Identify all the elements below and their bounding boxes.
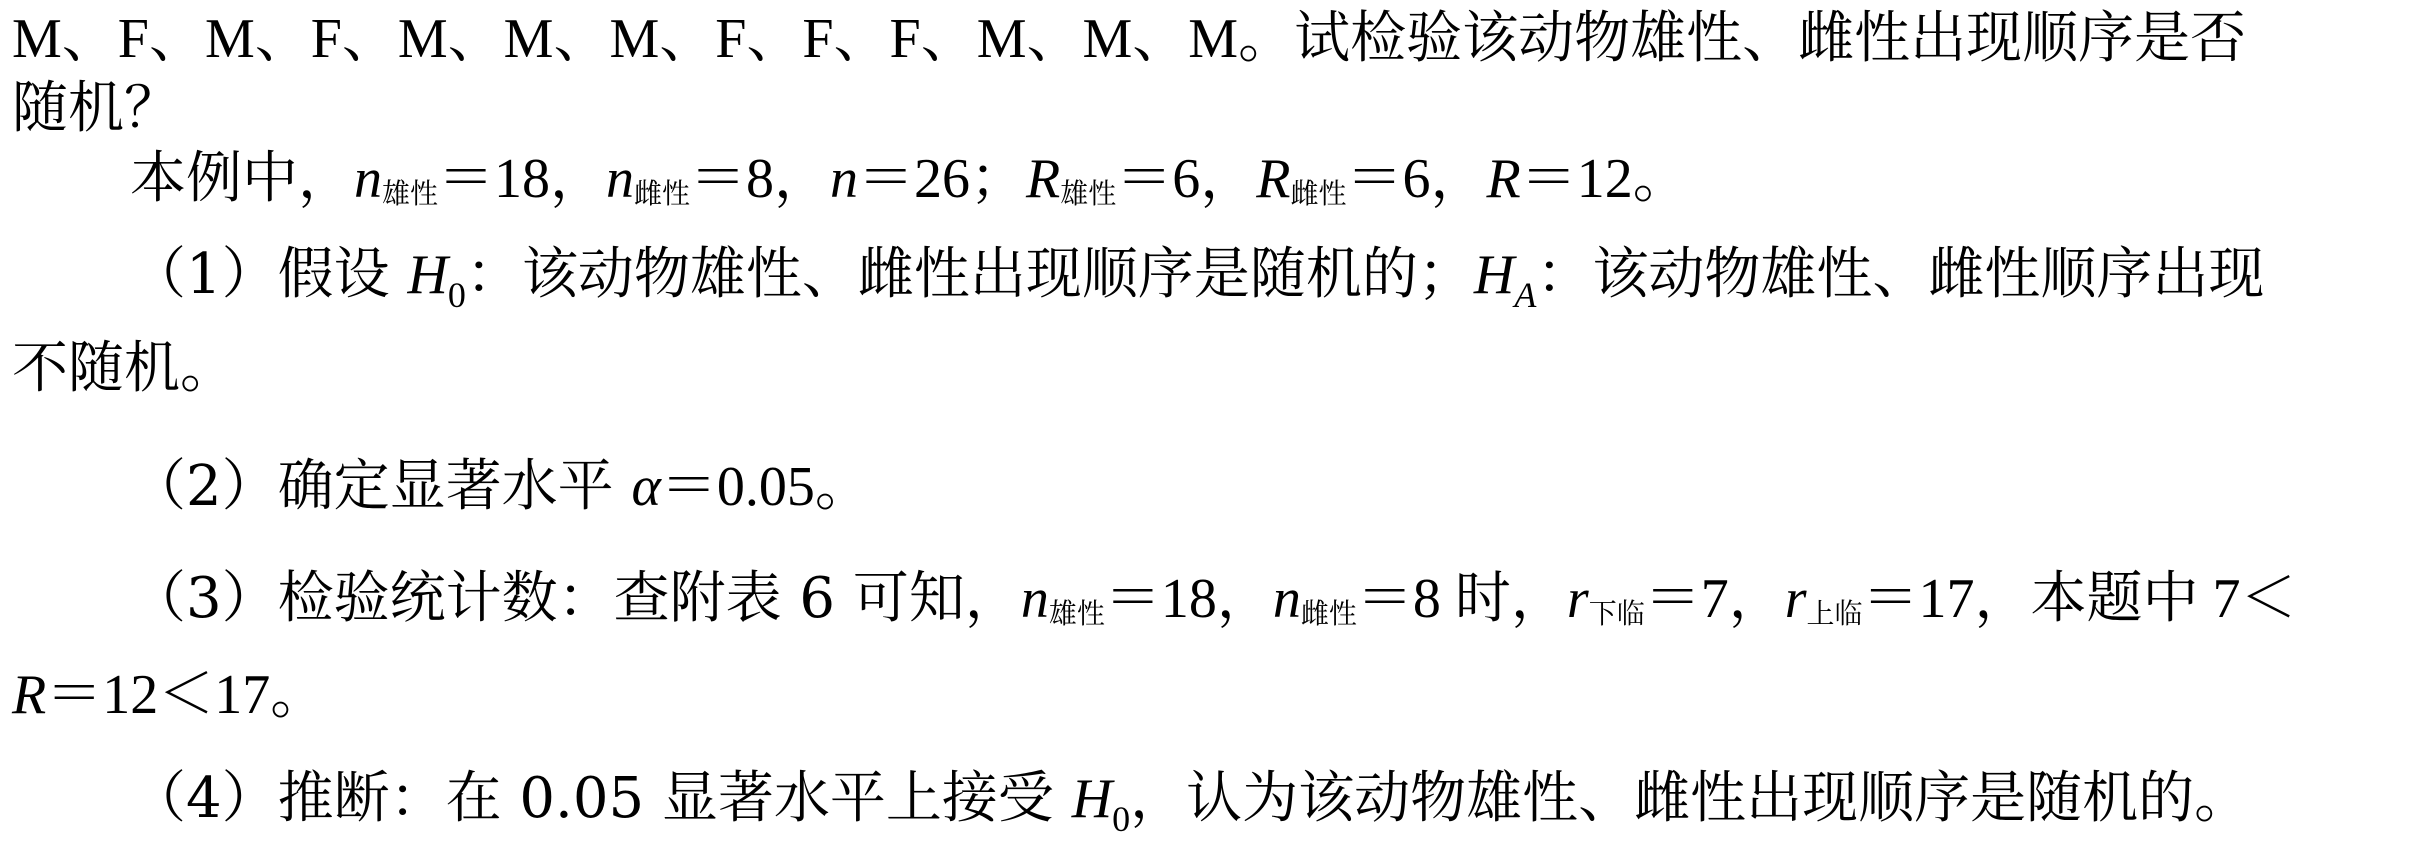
- r-upper-critical-symbol: r: [1785, 568, 1807, 630]
- step3-cont: R＝12＜17。: [12, 660, 326, 730]
- n-female-value: ＝8，: [690, 148, 830, 210]
- ha-symbol: H: [1474, 244, 1514, 306]
- r-lower-critical-symbol: r: [1567, 568, 1589, 630]
- given-values-line: 本例中，n雄性＝18，n雌性＝8，n＝26；R雄性＝6，R雌性＝6，R＝12。: [130, 144, 1689, 229]
- step1-hypothesis: （1）假设 H0：该动物雄性、雌性出现顺序是随机的；HA：该动物雄性、雌性顺序出…: [130, 240, 2264, 330]
- ha-statement: ：该动物雄性、雌性顺序出现: [1536, 242, 2264, 307]
- alpha-symbol: α: [631, 456, 660, 518]
- r-female-symbol: R: [1256, 148, 1290, 210]
- step4-inference: （4）推断：在 0.05 显著水平上接受 H0，认为该动物雄性、雌性出现顺序是随…: [130, 764, 2250, 852]
- problem-question-cont: 随机？: [12, 74, 180, 144]
- n-male-symbol: n: [354, 148, 382, 210]
- conclusion-text: ，认为该动物雄性、雌性出现顺序是随机的。: [1130, 766, 2250, 831]
- r-male-symbol: R: [1026, 148, 1060, 210]
- h0-symbol: H: [1072, 768, 1112, 830]
- n-female-symbol: n: [606, 148, 634, 210]
- h0-symbol: H: [407, 244, 447, 306]
- alpha-value: ＝0.05。: [661, 456, 871, 518]
- step2-significance: （2）确定显著水平 α＝0.05。: [130, 452, 871, 522]
- h0-statement: ：该动物雄性、雌性出现顺序是随机的；: [466, 242, 1474, 307]
- r-female-value: ＝6，: [1347, 148, 1487, 210]
- r-total-symbol: R: [1487, 148, 1521, 210]
- n-male-value: ＝18，: [438, 148, 606, 210]
- problem-sequence-text: M、F、M、F、M、M、M、F、F、F、M、M、M。试检验该动物雄性、雌性出现顺…: [12, 8, 2246, 70]
- n-total-symbol: n: [830, 148, 858, 210]
- document-page: M、F、M、F、M、M、M、F、F、F、M、M、M。试检验该动物雄性、雌性出现顺…: [0, 0, 2436, 852]
- problem-sequence-line: M、F、M、F、M、M、M、F、F、F、M、M、M。试检验该动物雄性、雌性出现顺…: [12, 4, 2246, 74]
- step3-statistic: （3）检验统计数：查附表 6 可知，n雄性＝18，n雌性＝8 时，r下临＝7，r…: [130, 564, 2297, 649]
- r-lower-critical-value: ＝7，: [1645, 568, 1785, 630]
- n-total-value: ＝26；: [858, 148, 1026, 210]
- r-upper-critical-value: ＝17，本题中 7＜: [1863, 568, 2297, 630]
- step1-cont: 不随机。: [12, 334, 236, 404]
- r-male-value: ＝6，: [1116, 148, 1256, 210]
- r-total-value: ＝12。: [1521, 148, 1689, 210]
